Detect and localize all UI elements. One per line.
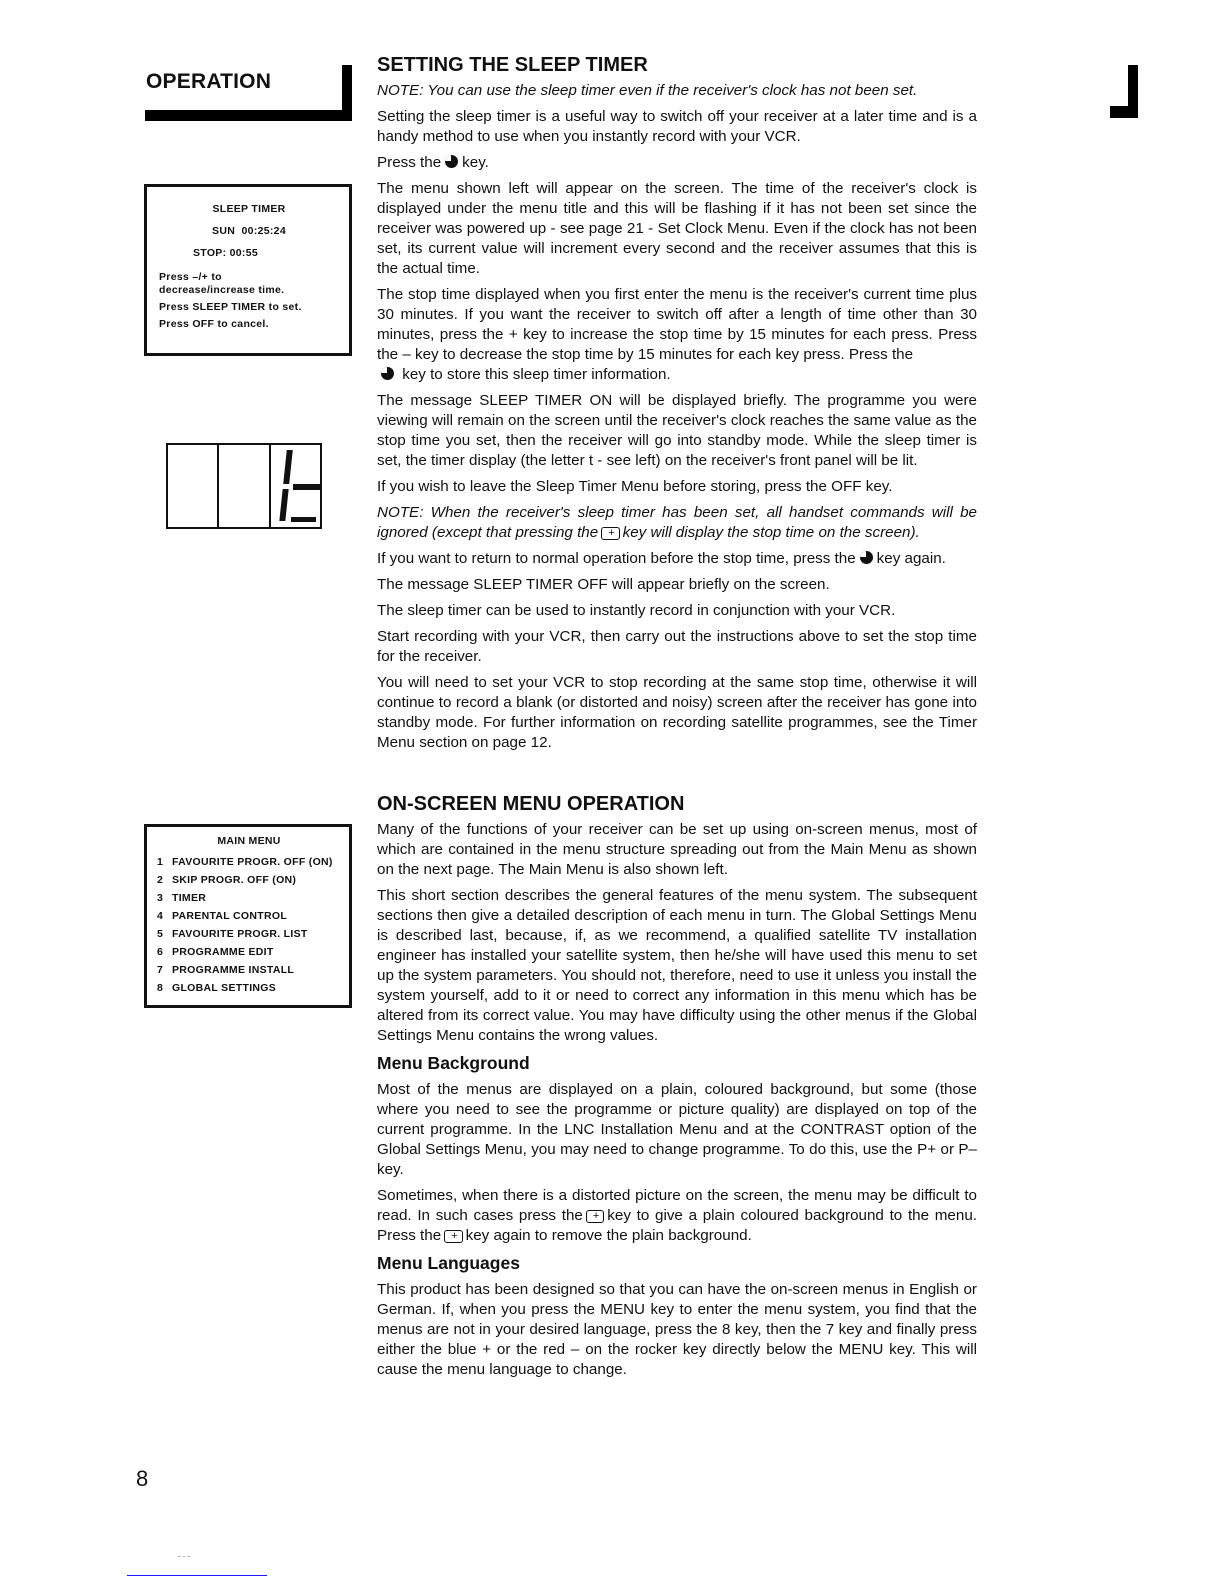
paragraph: The menu shown left will appear on the s… [377,179,977,279]
plus-key-icon: + [444,1230,462,1243]
section-tab-edge [342,65,352,121]
sleep-timer-key-icon [860,551,873,564]
main-menu-item: 4PARENTAL CONTROL [157,907,341,925]
paragraph: Press thekey. [377,153,977,173]
main-menu-item: 6PROGRAMME EDIT [157,943,341,961]
paragraph: Sometimes, when there is a distorted pic… [377,1186,977,1246]
paragraph: This product has been designed so that y… [377,1280,977,1380]
section-tab-bar [145,110,352,121]
sleep-timer-section: SETTING THE SLEEP TIMER NOTE: You can us… [377,53,977,759]
section-heading: ON-SCREEN MENU OPERATION [377,792,977,816]
paragraph: The stop time displayed when you first e… [377,285,977,385]
paragraph: The message SLEEP TIMER OFF will appear … [377,575,977,595]
sleep-timer-clock: SUN 00:25:24 [159,225,339,237]
plus-key-icon: + [586,1210,604,1223]
subsection-heading: Menu Languages [377,1252,977,1274]
sleep-timer-key-icon [381,367,394,380]
note: NOTE: When the receiver's sleep timer ha… [377,503,977,543]
paragraph: Many of the functions of your receiver c… [377,820,977,880]
paragraph: Most of the menus are displayed on a pla… [377,1080,977,1180]
paragraph: Start recording with your VCR, then carr… [377,627,977,667]
on-screen-menu-section: ON-SCREEN MENU OPERATION Many of the fun… [377,792,977,1386]
main-menu-item: 3TIMER [157,889,341,907]
main-menu-item: 2SKIP PROGR. OFF (ON) [157,871,341,889]
corner-mark-horizontal [1110,106,1138,118]
footer-rule [127,1575,267,1576]
front-panel-display [166,443,322,529]
plus-key-icon: + [601,527,619,540]
paragraph: If you want to return to normal operatio… [377,549,977,569]
section-tab-title: OPERATION [146,70,271,94]
main-menu-item: 8GLOBAL SETTINGS [157,979,341,997]
paragraph: This short section describes the general… [377,886,977,1046]
display-digit-t [271,445,320,527]
paragraph: You will need to set your VCR to stop re… [377,673,977,753]
note: NOTE: You can use the sleep timer even i… [377,81,977,101]
sleep-timer-title: SLEEP TIMER [159,203,339,215]
section-heading: SETTING THE SLEEP TIMER [377,53,977,77]
display-digit-2 [219,445,270,527]
page-number: 8 [136,1466,148,1492]
display-digit-1 [168,445,219,527]
main-menu-item: 7PROGRAMME INSTALL [157,961,341,979]
paragraph: The sleep timer can be used to instantly… [377,601,977,621]
scan-artifact [178,1556,190,1558]
sleep-timer-instruction: Press –/+ to decrease/increase time. [159,271,289,297]
sleep-timer-stop: STOP: 00:55 [193,247,339,259]
paragraph: If you wish to leave the Sleep Timer Men… [377,477,977,497]
sleep-timer-instruction: Press SLEEP TIMER to set. [159,301,339,314]
sleep-timer-screen: SLEEP TIMER SUN 00:25:24 STOP: 00:55 Pre… [144,184,352,356]
main-menu-screen: MAIN MENU 1FAVOURITE PROGR. OFF (ON) 2SK… [144,824,352,1008]
main-menu-title: MAIN MENU [157,835,341,847]
subsection-heading: Menu Background [377,1052,977,1074]
main-menu-item: 5FAVOURITE PROGR. LIST [157,925,341,943]
sleep-timer-key-icon [445,155,458,168]
main-menu-item: 1FAVOURITE PROGR. OFF (ON) [157,853,341,871]
paragraph: Setting the sleep timer is a useful way … [377,107,977,147]
paragraph: The message SLEEP TIMER ON will be displ… [377,391,977,471]
sleep-timer-instruction: Press OFF to cancel. [159,318,339,331]
